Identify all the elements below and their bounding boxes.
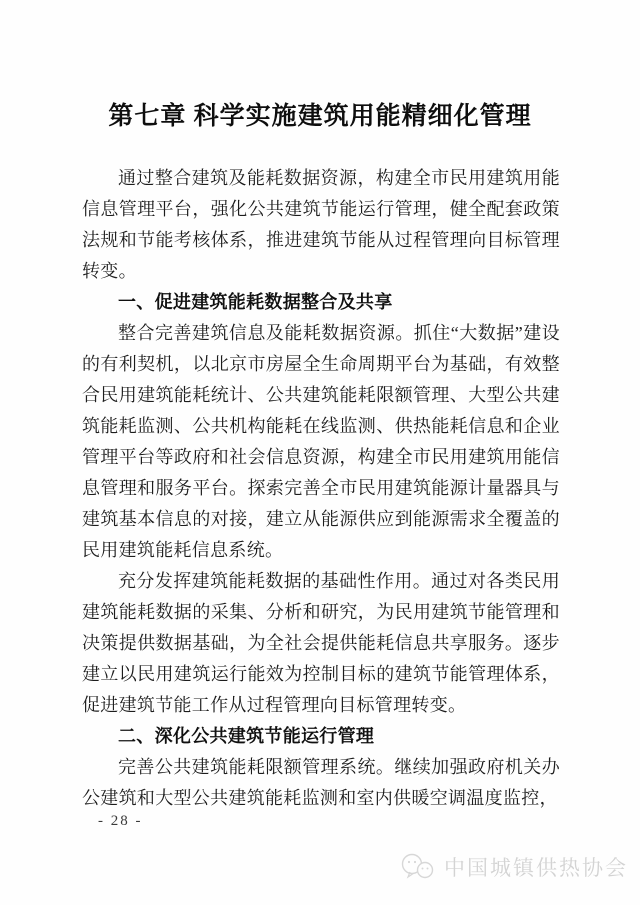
chat-bubbles-logo-icon	[400, 852, 436, 882]
section-heading: 一、促进建筑能耗数据整合及共享	[82, 287, 560, 318]
section-heading: 二、深化公共建筑节能运行管理	[82, 721, 560, 752]
document-body: 通过整合建筑及能耗数据资源，构建全市民用建筑用能信息管理平台，强化公共建筑节能运…	[82, 163, 560, 814]
body-paragraph: 充分发挥建筑能耗数据的基础性作用。通过对各类民用建筑能耗数据的采集、分析和研究，…	[82, 566, 560, 721]
body-paragraph: 整合完善建筑信息及能耗数据资源。抓住“大数据”建设的有利契机，以北京市房屋全生命…	[82, 318, 560, 566]
chapter-title: 第七章 科学实施建筑用能精细化管理	[0, 96, 640, 132]
body-paragraph: 通过整合建筑及能耗数据资源，构建全市民用建筑用能信息管理平台，强化公共建筑节能运…	[82, 163, 560, 287]
body-paragraph: 完善公共建筑能耗限额管理系统。继续加强政府机关办公建筑和大型公共建筑能耗监测和室…	[82, 752, 560, 814]
watermark: 中国城镇供热协会	[400, 852, 628, 882]
watermark-text: 中国城镇供热协会	[444, 852, 628, 882]
document-page: 第七章 科学实施建筑用能精细化管理 通过整合建筑及能耗数据资源，构建全市民用建筑…	[0, 0, 640, 905]
page-number: - 28 -	[98, 813, 143, 830]
